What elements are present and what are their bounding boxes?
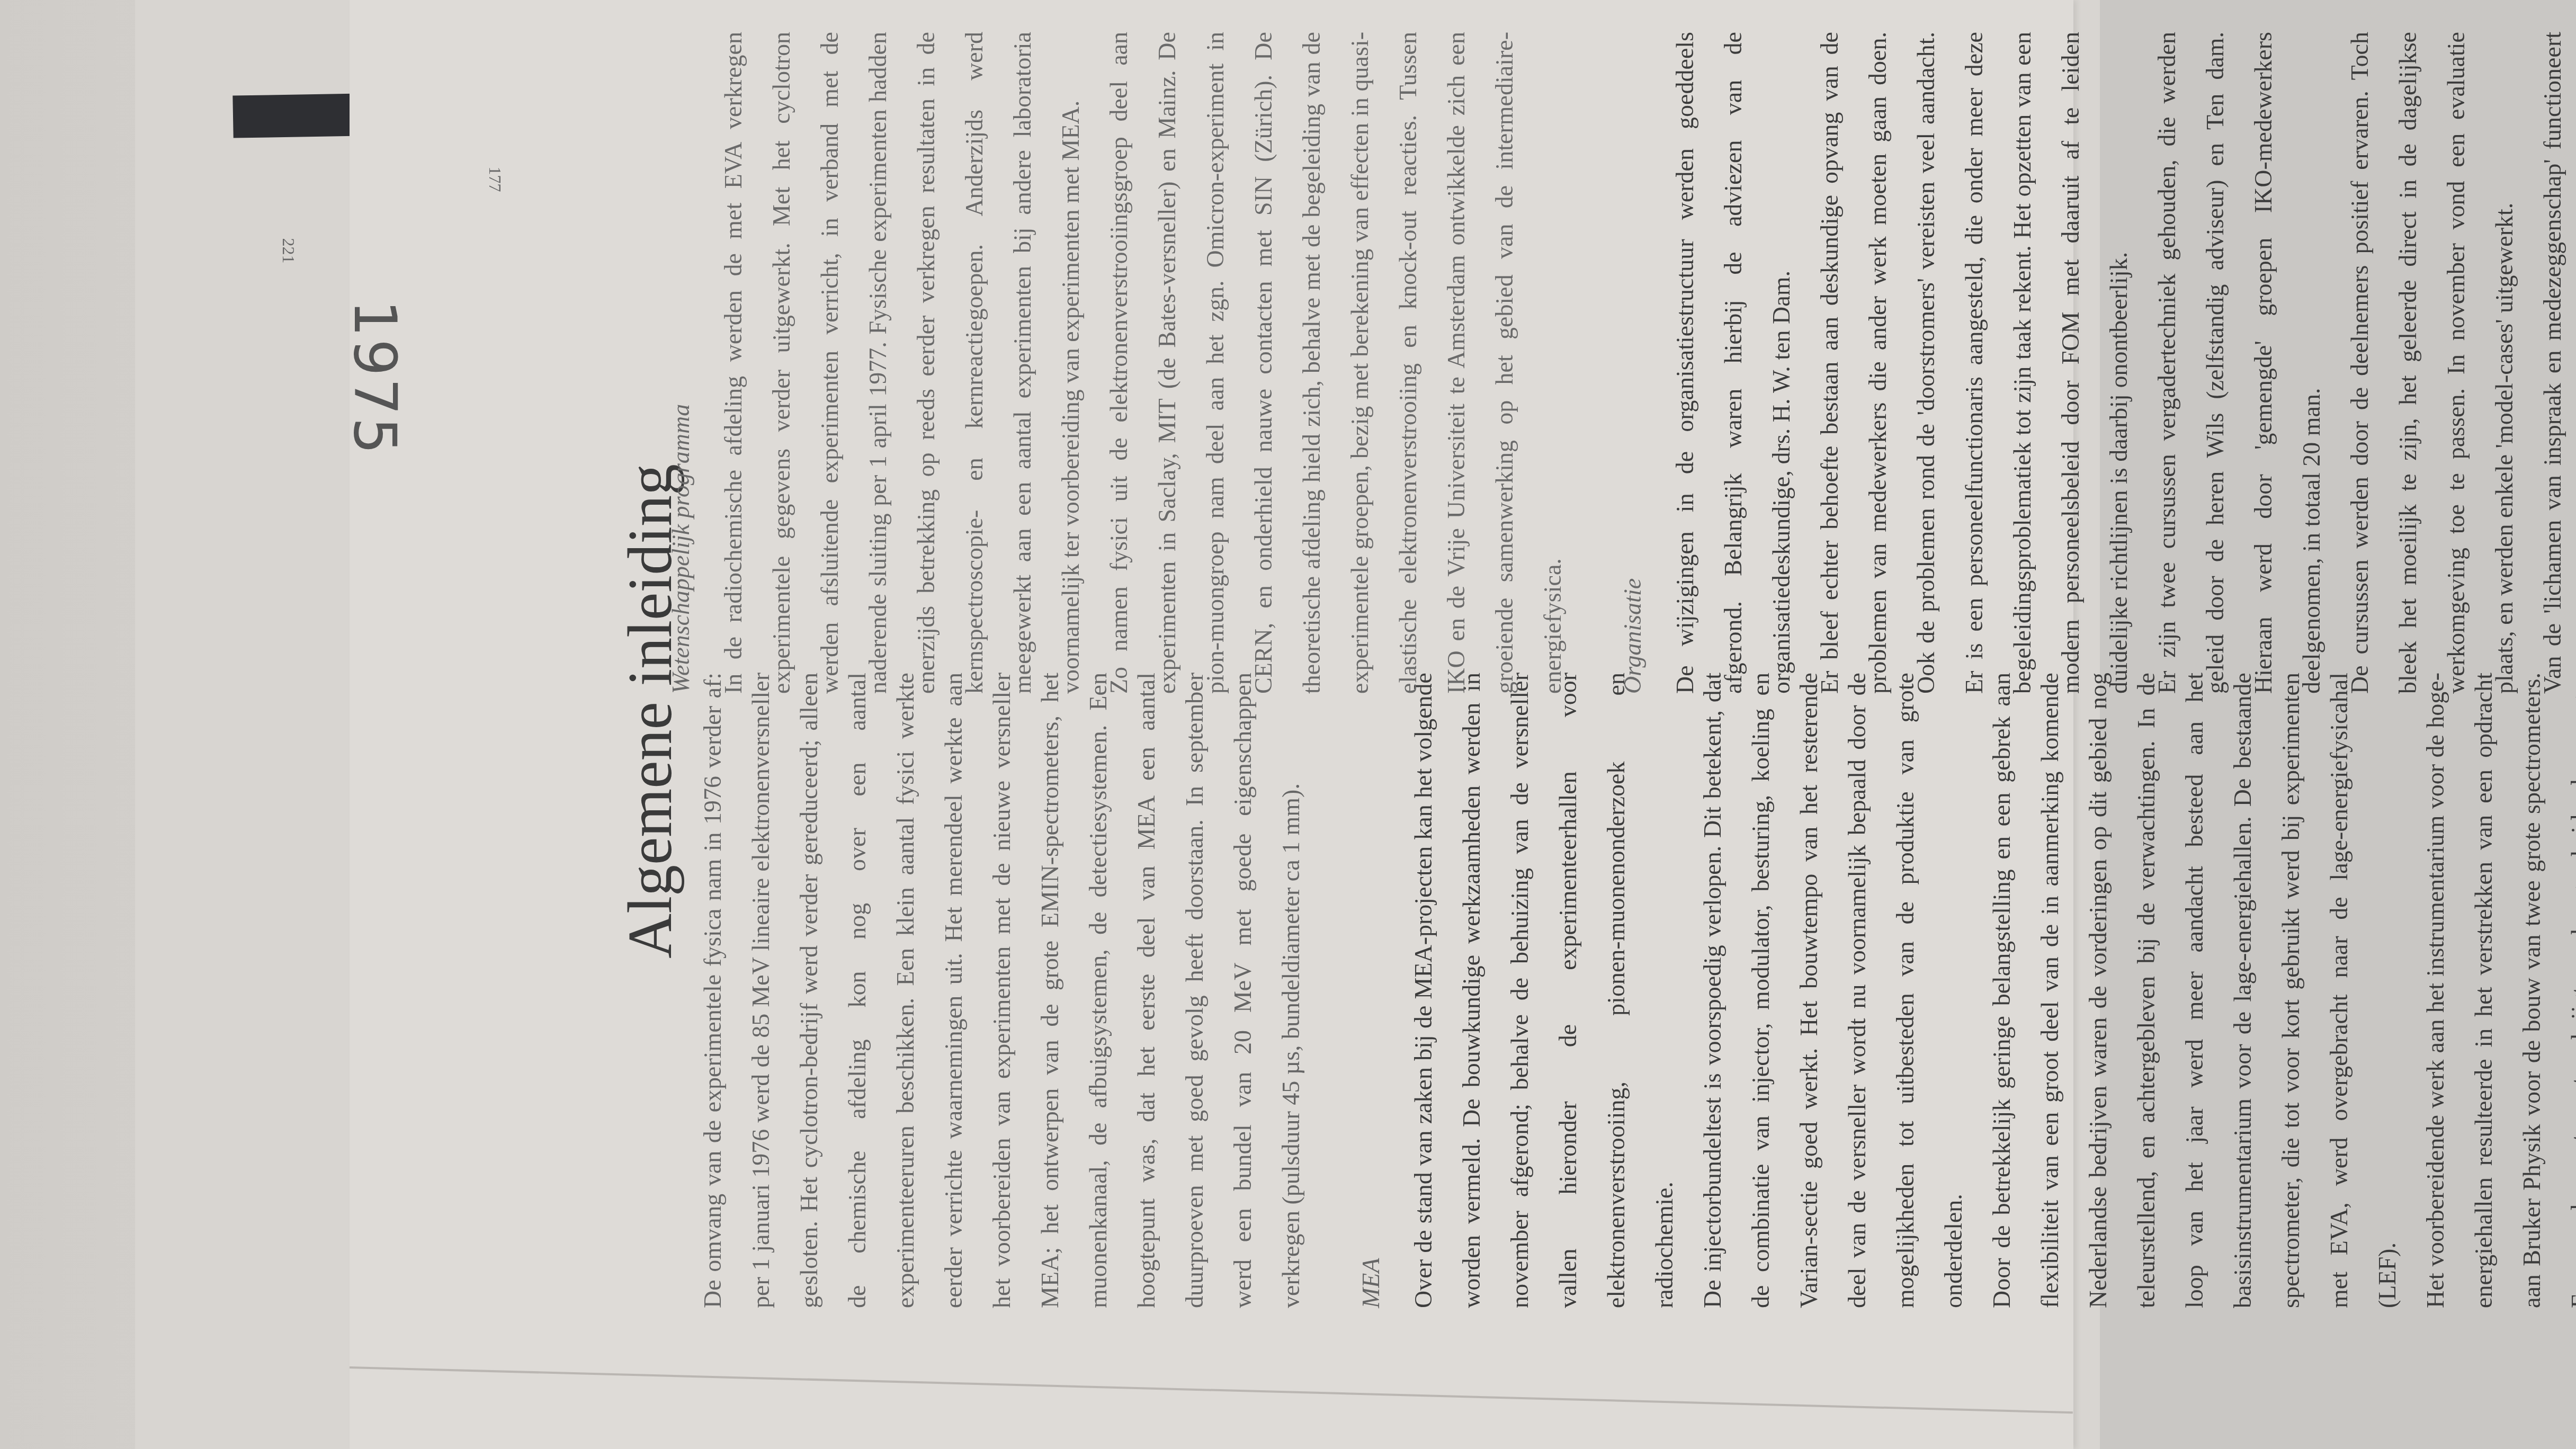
intro-paragraph: De omvang van de experimentele fysica na… — [688, 673, 1315, 1308]
mea-paragraph: Door de betrekkelijk geringe belangstell… — [1978, 673, 2411, 1308]
handwritten-year: 1975 — [341, 300, 409, 457]
right-column: Wetenschappelijk programma In de radioch… — [657, 32, 2576, 694]
mea-paragraph: Het voorbereidende werk aan het instrume… — [2411, 673, 2576, 1308]
page-number-177: 177 — [485, 167, 505, 192]
rotated-page-content: Algemene inleiding De omvang van de expe… — [572, 26, 2118, 1419]
section-heading-mea: MEA — [1347, 673, 1395, 1308]
science-paragraph: In de radiochemische afdeling werden de … — [709, 32, 1095, 694]
org-paragraph: Van de 'lichamen van inspraak en medezeg… — [2528, 32, 2576, 694]
mea-paragraph: De injectorbundeltest is voorspoedig ver… — [1688, 673, 1978, 1308]
org-paragraph: Er bleef echter behoefte bestaan aan des… — [1805, 32, 2143, 694]
org-paragraph: De cursussen werden door de deelnemers p… — [2336, 32, 2528, 694]
left-column: De omvang van de experimentele fysica na… — [688, 673, 2576, 1308]
mea-paragraph: Over de stand van zaken bij de MEA-proje… — [1399, 673, 1688, 1308]
science-paragraph: Zo namen fysici uit de elektronenverstro… — [1095, 32, 1577, 694]
section-heading-organisatie: Organisatie — [1608, 32, 1657, 694]
page-number-221: 221 — [279, 238, 298, 264]
section-heading-science: Wetenschappelijk programma — [657, 32, 705, 694]
org-paragraph: De wijzigingen in de organisatiestructuu… — [1661, 32, 1805, 694]
org-paragraph: Er zijn twee cursussen vergadertechniek … — [2143, 32, 2336, 694]
